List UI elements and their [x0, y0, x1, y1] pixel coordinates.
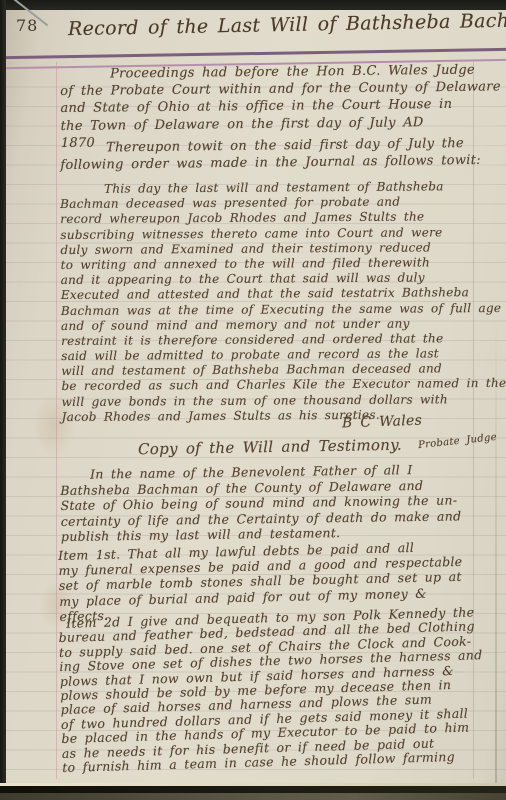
record-title: Record of the Last Will of Bathsheba Bac…: [68, 10, 504, 40]
book-binding-edge: [0, 0, 6, 800]
order-paragraph: Thereupon towit on the said first day of…: [60, 136, 500, 175]
will-item-2: Item 2d I give and bequeath to my son Po…: [58, 604, 502, 775]
margin-line-left: [56, 62, 57, 779]
underlying-pages-edge: [0, 793, 506, 800]
judge-signature: B C Wales: [342, 413, 423, 432]
text-line: Jacob Rhodes and James Stults as his sur…: [62, 407, 502, 425]
book-edge-top: [0, 0, 506, 10]
ledger-page: 78 Record of the Last Will of Bathsheba …: [6, 10, 506, 783]
ledger-photo: 78 Record of the Last Will of Bathsheba …: [0, 0, 506, 800]
probate-order-paragraph: This day the last will and testament of …: [60, 179, 502, 425]
page-bottom-shadow: [0, 786, 506, 793]
will-preamble: In the name of the Benevolent Father of …: [60, 461, 501, 545]
page-number: 78: [16, 16, 38, 35]
